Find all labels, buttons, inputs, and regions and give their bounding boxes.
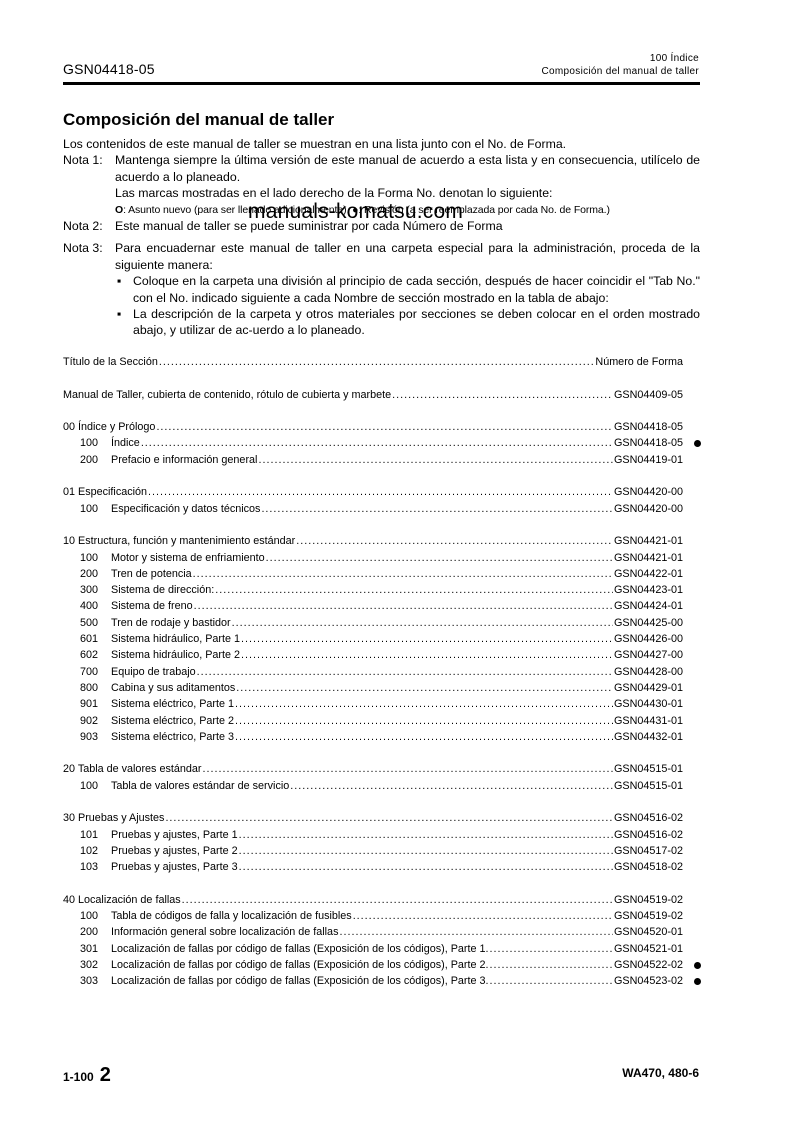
item-form-number: GSN04519-02 — [614, 908, 683, 924]
item-number: 100 — [63, 778, 111, 794]
toc-item-row: 100Motor y sistema de enfriamientoGSN044… — [63, 550, 683, 566]
item-title: Motor y sistema de enfriamiento — [111, 550, 265, 566]
item-number: 602 — [63, 647, 111, 663]
toc-item-row: 902Sistema eléctrico, Parte 2GSN04431-01 — [63, 713, 683, 729]
toc-section-row: 30 Pruebas y AjustesGSN04516-02 — [63, 810, 683, 826]
item-form-number: GSN04521-01 — [614, 941, 683, 957]
item-title: Cabina y sus aditamentos — [111, 680, 235, 696]
item-number: 902 — [63, 713, 111, 729]
item-number: 100 — [63, 550, 111, 566]
item-number: 200 — [63, 924, 111, 940]
item-title: Información general sobre localización d… — [111, 924, 338, 940]
toc-item-row: 200Tren de potenciaGSN04422-01 — [63, 566, 683, 582]
item-form-number: GSN04517-02 — [614, 843, 683, 859]
item-number: 100 — [63, 435, 111, 451]
toc-item-row: 800Cabina y sus aditamentosGSN04429-01 — [63, 680, 683, 696]
item-number: 100 — [63, 501, 111, 517]
page-title: Composición del manual de taller — [63, 110, 334, 130]
item-form-number: GSN04422-01 — [614, 566, 683, 582]
item-form-number: GSN04431-01 — [614, 713, 683, 729]
toc-section-row: 01 EspecificaciónGSN04420-00 — [63, 484, 683, 500]
item-title: Pruebas y ajustes, Parte 2 — [111, 843, 238, 859]
item-title: Sistema hidráulico, Parte 1 — [111, 631, 240, 647]
section-label: 100 Índice — [542, 52, 699, 65]
note-1-label: Nota 1: — [63, 152, 115, 218]
item-title: Equipo de trabajo — [111, 664, 196, 680]
toc-item-row: 903Sistema eléctrico, Parte 3GSN04432-01 — [63, 729, 683, 745]
item-number: 700 — [63, 664, 111, 680]
item-title: Sistema hidráulico, Parte 2 — [111, 647, 240, 663]
item-form-number: GSN04523-02 — [614, 973, 683, 989]
toc-item-row: 100ÍndiceGSN04418-05 — [63, 435, 683, 451]
item-title: Pruebas y ajustes, Parte 1 — [111, 827, 238, 843]
item-form-number: GSN04515-01 — [614, 778, 683, 794]
toc-item-row: 103Pruebas y ajustes, Parte 3GSN04518-02 — [63, 859, 683, 875]
note-3-bullet: ▪ Coloque en la carpeta una división al … — [115, 273, 700, 306]
item-number: 102 — [63, 843, 111, 859]
toc-item-row: 200Información general sobre localizació… — [63, 924, 683, 940]
toc-item-row: 303Localización de fallas por código de … — [63, 973, 683, 989]
item-title: Especificación y datos técnicos — [111, 501, 260, 517]
item-number: 903 — [63, 729, 111, 745]
item-title: Sistema eléctrico, Parte 3 — [111, 729, 234, 745]
toc-section-row: 40 Localización de fallasGSN04519-02 — [63, 892, 683, 908]
toc-item-row: 400Sistema de frenoGSN04424-01 — [63, 598, 683, 614]
new-item-mark-icon: O — [115, 204, 123, 216]
toc-item-row: 100Especificación y datos técnicosGSN044… — [63, 501, 683, 517]
item-number: 400 — [63, 598, 111, 614]
revision-mark-icon — [694, 962, 701, 969]
toc-cover-row: Manual de Taller, cubierta de contenido,… — [63, 387, 683, 403]
mark-legend: O: Asunto nuevo (para ser llenado adicio… — [115, 202, 700, 218]
page-number: 2 — [100, 1064, 111, 1086]
note-3-text: Para encuadernar este manual de taller e… — [115, 240, 700, 273]
item-form-number: GSN04426-00 — [614, 631, 683, 647]
item-number: 200 — [63, 566, 111, 582]
item-title: Tabla de códigos de falla y localización… — [111, 908, 352, 924]
item-form-number: GSN04418-05 — [614, 435, 683, 451]
item-form-number: GSN04518-02 — [614, 859, 683, 875]
item-form-number: GSN04427-00 — [614, 647, 683, 663]
note-2-label: Nota 2: — [63, 218, 115, 234]
item-form-number: GSN04516-02 — [614, 827, 683, 843]
doc-number: GSN04418-05 — [63, 61, 155, 77]
item-form-number: GSN04424-01 — [614, 598, 683, 614]
note-1-text: Mantenga siempre la última versión de es… — [115, 152, 700, 185]
item-number: 103 — [63, 859, 111, 875]
item-number: 301 — [63, 941, 111, 957]
note-3-label: Nota 3: — [63, 240, 115, 338]
item-title: Prefacio e información general — [111, 452, 257, 468]
page-footer-left: 1-1002 — [63, 1064, 111, 1087]
page-ref: 1-100 — [63, 1070, 94, 1084]
note-2: Nota 2: Este manual de taller se puede s… — [63, 218, 700, 234]
bullet-icon: ▪ — [115, 273, 133, 306]
note-1: Nota 1: Mantenga siempre la última versi… — [63, 152, 700, 218]
toc-header-form: Número de Forma — [595, 354, 683, 370]
revision-mark-icon — [694, 440, 701, 447]
intro-block: Los contenidos de este manual de taller … — [63, 136, 700, 339]
toc-section-row: 10 Estructura, función y mantenimiento e… — [63, 533, 683, 549]
item-form-number: GSN04430-01 — [614, 696, 683, 712]
item-form-number: GSN04420-00 — [614, 501, 683, 517]
item-number: 300 — [63, 582, 111, 598]
item-title: Localización de fallas por código de fal… — [111, 941, 489, 957]
toc-item-row: 101Pruebas y ajustes, Parte 1GSN04516-02 — [63, 827, 683, 843]
item-form-number: GSN04419-01 — [614, 452, 683, 468]
item-form-number: GSN04432-01 — [614, 729, 683, 745]
item-title: Sistema eléctrico, Parte 2 — [111, 713, 234, 729]
toc-item-row: 302Localización de fallas por código de … — [63, 957, 683, 973]
toc-section-row: 00 Índice y PrólogoGSN04418-05 — [63, 419, 683, 435]
toc-item-row: 100Tabla de valores estándar de servicio… — [63, 778, 683, 794]
section-subtitle: Composición del manual de taller — [542, 65, 699, 78]
toc-section-row: 20 Tabla de valores estándarGSN04515-01 — [63, 761, 683, 777]
toc-item-row: 200Prefacio e información generalGSN0441… — [63, 452, 683, 468]
revision-mark-text: : Revisión (a ser reemplazada por cada N… — [358, 204, 609, 216]
item-title: Sistema de freno — [111, 598, 193, 614]
item-form-number: GSN04522-02 — [614, 957, 683, 973]
toc-item-row: 700Equipo de trabajoGSN04428-00 — [63, 664, 683, 680]
item-title: Localización de fallas por código de fal… — [111, 957, 489, 973]
item-form-number: GSN04423-01 — [614, 582, 683, 598]
item-form-number: GSN04428-00 — [614, 664, 683, 680]
item-form-number: GSN04425-00 — [614, 615, 683, 631]
item-title: Tren de potencia — [111, 566, 192, 582]
note-3: Nota 3: Para encuadernar este manual de … — [63, 240, 700, 338]
item-form-number: GSN04429-01 — [614, 680, 683, 696]
toc-item-row: 901Sistema eléctrico, Parte 1GSN04430-01 — [63, 696, 683, 712]
item-title: Tabla de valores estándar de servicio — [111, 778, 289, 794]
note-1-text2: Las marcas mostradas en el lado derecho … — [115, 185, 700, 201]
item-number: 200 — [63, 452, 111, 468]
toc-item-row: 300Sistema de dirección:GSN04423-01 — [63, 582, 683, 598]
toc-header-title: Título de la Sección — [63, 354, 158, 370]
item-number: 303 — [63, 973, 111, 989]
item-title: Sistema de dirección: — [111, 582, 214, 598]
model-name: WA470, 480-6 — [622, 1066, 699, 1080]
item-title: Índice — [111, 435, 140, 451]
new-item-mark-text: : Asunto nuevo (para ser llenado adicion… — [123, 204, 349, 216]
item-number: 800 — [63, 680, 111, 696]
toc-item-row: 601Sistema hidráulico, Parte 1GSN04426-0… — [63, 631, 683, 647]
table-of-contents: Título de la Sección Número de Forma Man… — [63, 354, 683, 990]
item-number: 500 — [63, 615, 111, 631]
item-number: 302 — [63, 957, 111, 973]
revision-mark-icon — [694, 978, 701, 985]
header-rule — [63, 82, 700, 85]
toc-item-row: 102Pruebas y ajustes, Parte 2GSN04517-02 — [63, 843, 683, 859]
item-form-number: GSN04520-01 — [614, 924, 683, 940]
item-title: Tren de rodaje y bastidor — [111, 615, 231, 631]
toc-header: Título de la Sección Número de Forma — [63, 354, 683, 370]
item-title: Sistema eléctrico, Parte 1 — [111, 696, 234, 712]
item-title: Localización de fallas por código de fal… — [111, 973, 489, 989]
toc-item-row: 500Tren de rodaje y bastidorGSN04425-00 — [63, 615, 683, 631]
item-number: 101 — [63, 827, 111, 843]
item-number: 601 — [63, 631, 111, 647]
item-number: 901 — [63, 696, 111, 712]
item-number: 100 — [63, 908, 111, 924]
item-title: Pruebas y ajustes, Parte 3 — [111, 859, 238, 875]
running-header: 100 Índice Composición del manual de tal… — [542, 52, 699, 78]
toc-item-row: 602Sistema hidráulico, Parte 2GSN04427-0… — [63, 647, 683, 663]
intro-lead: Los contenidos de este manual de taller … — [63, 136, 700, 152]
item-form-number: GSN04421-01 — [614, 550, 683, 566]
toc-item-row: 100Tabla de códigos de falla y localizac… — [63, 908, 683, 924]
bullet-icon: ▪ — [115, 306, 133, 339]
note-2-text: Este manual de taller se puede suministr… — [115, 218, 700, 234]
toc-item-row: 301Localización de fallas por código de … — [63, 941, 683, 957]
note-3-bullet: ▪ La descripción de la carpeta y otros m… — [115, 306, 700, 339]
